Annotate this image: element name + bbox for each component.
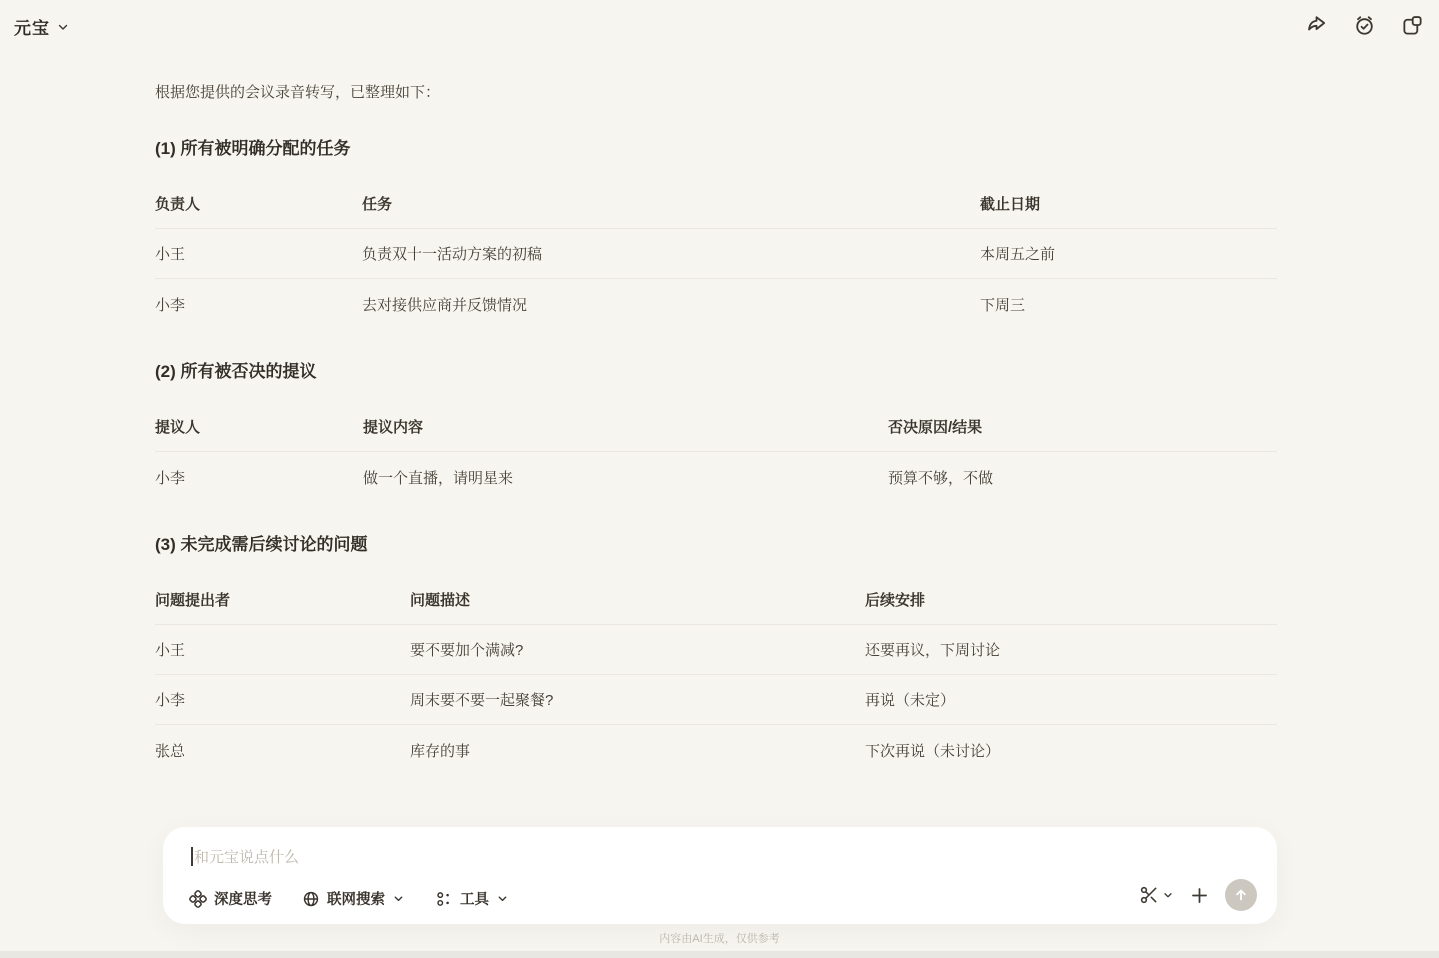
attach-button[interactable] <box>1189 885 1210 906</box>
column-header: 负责人 <box>155 193 362 214</box>
table-cell: 预算不够，不做 <box>888 467 1277 488</box>
text-caret <box>191 847 193 866</box>
web-search-label: 联网搜索 <box>327 888 385 909</box>
column-header: 提议内容 <box>363 416 888 437</box>
footer: 内容由AI生成，仅供参考 <box>0 929 1439 947</box>
chevron-down-icon <box>496 892 509 905</box>
chevron-down-icon <box>392 892 405 905</box>
column-header: 问题提出者 <box>155 589 410 610</box>
table-row: 小王 要不要加个满减? 还要再议，下周讨论 <box>155 625 1277 675</box>
alarm-check-icon <box>1353 14 1376 37</box>
top-bar: 元宝 <box>0 0 1439 52</box>
app-switcher[interactable]: 元宝 <box>14 14 70 39</box>
chevron-down-icon <box>1162 889 1174 901</box>
table-cell: 周末要不要一起聚餐? <box>410 689 865 710</box>
share-icon <box>1305 14 1328 37</box>
deep-think-button[interactable]: 深度思考 <box>189 888 272 909</box>
share-button[interactable] <box>1303 12 1329 38</box>
table-cell: 小王 <box>155 243 362 264</box>
table-cell: 再说（未定） <box>865 689 1277 710</box>
plus-icon <box>1189 885 1210 906</box>
rejected-proposals-table: 提议人 提议内容 否决原因/结果 小李 做一个直播，请明星来 预算不够，不做 <box>155 402 1277 502</box>
chat-composer: 和元宝说点什么 深度思考 联网搜索 工具 <box>163 827 1277 924</box>
table-header-row: 提议人 提议内容 否决原因/结果 <box>155 402 1277 452</box>
table-cell: 去对接供应商并反馈情况 <box>362 294 980 315</box>
ai-disclaimer: 内容由AI生成，仅供参考 <box>659 933 779 945</box>
table-cell: 负责双十一活动方案的初稿 <box>362 243 980 264</box>
table-cell: 还要再议，下周讨论 <box>865 639 1277 660</box>
table-row: 张总 库存的事 下次再说（未讨论） <box>155 725 1277 775</box>
deep-think-icon <box>189 890 207 908</box>
table-row: 小王 负责双十一活动方案的初稿 本周五之前 <box>155 229 1277 279</box>
column-header: 截止日期 <box>980 193 1277 214</box>
scissors-icon <box>1139 885 1159 905</box>
send-button[interactable] <box>1225 879 1257 911</box>
snip-button[interactable] <box>1139 885 1174 905</box>
column-header: 任务 <box>362 193 980 214</box>
section-1-heading: (1) 所有被明确分配的任务 <box>155 137 1277 161</box>
table-cell: 要不要加个满减? <box>410 639 865 660</box>
chevron-down-icon <box>56 20 70 34</box>
table-cell: 小李 <box>155 294 362 315</box>
table-cell: 小李 <box>155 467 363 488</box>
arrow-up-icon <box>1232 886 1250 904</box>
chat-input-placeholder: 和元宝说点什么 <box>194 846 299 867</box>
table-cell: 下次再说（未讨论） <box>865 740 1277 761</box>
section-2-heading: (2) 所有被否决的提议 <box>155 360 1277 384</box>
table-cell: 库存的事 <box>410 740 865 761</box>
bottom-edge <box>0 951 1439 958</box>
table-header-row: 负责人 任务 截止日期 <box>155 179 1277 229</box>
column-header: 提议人 <box>155 416 363 437</box>
column-header: 问题描述 <box>410 589 865 610</box>
column-header: 否决原因/结果 <box>888 416 1277 437</box>
intro-text: 根据您提供的会议录音转写，已整理如下： <box>155 83 1277 103</box>
table-row: 小李 做一个直播，请明星来 预算不够，不做 <box>155 452 1277 502</box>
section-3-heading: (3) 未完成需后续讨论的问题 <box>155 533 1277 557</box>
panel-icon <box>1401 14 1424 37</box>
web-search-button[interactable]: 联网搜索 <box>302 888 405 909</box>
table-cell: 小王 <box>155 639 410 660</box>
app-title: 元宝 <box>14 14 50 39</box>
panel-toggle-button[interactable] <box>1399 12 1425 38</box>
table-cell: 小李 <box>155 689 410 710</box>
open-questions-table: 问题提出者 问题描述 后续安排 小王 要不要加个满减? 还要再议，下周讨论 小李… <box>155 575 1277 775</box>
deep-think-label: 深度思考 <box>214 888 272 909</box>
table-cell: 下周三 <box>980 294 1277 315</box>
tools-label: 工具 <box>460 888 489 909</box>
chat-input[interactable]: 和元宝说点什么 <box>191 844 1249 868</box>
column-header: 后续安排 <box>865 589 1277 610</box>
globe-icon <box>302 890 320 908</box>
table-row: 小李 周末要不要一起聚餐? 再说（未定） <box>155 675 1277 725</box>
table-header-row: 问题提出者 问题描述 后续安排 <box>155 575 1277 625</box>
assistant-message: 根据您提供的会议录音转写，已整理如下： (1) 所有被明确分配的任务 负责人 任… <box>155 83 1277 775</box>
tasks-table: 负责人 任务 截止日期 小王 负责双十一活动方案的初稿 本周五之前 小李 去对接… <box>155 179 1277 329</box>
history-reminder-button[interactable] <box>1351 12 1377 38</box>
table-cell: 做一个直播，请明星来 <box>363 467 888 488</box>
table-row: 小李 去对接供应商并反馈情况 下周三 <box>155 279 1277 329</box>
tools-button[interactable]: 工具 <box>435 888 509 909</box>
tools-grid-icon <box>435 890 453 908</box>
table-cell: 本周五之前 <box>980 243 1277 264</box>
table-cell: 张总 <box>155 740 410 761</box>
